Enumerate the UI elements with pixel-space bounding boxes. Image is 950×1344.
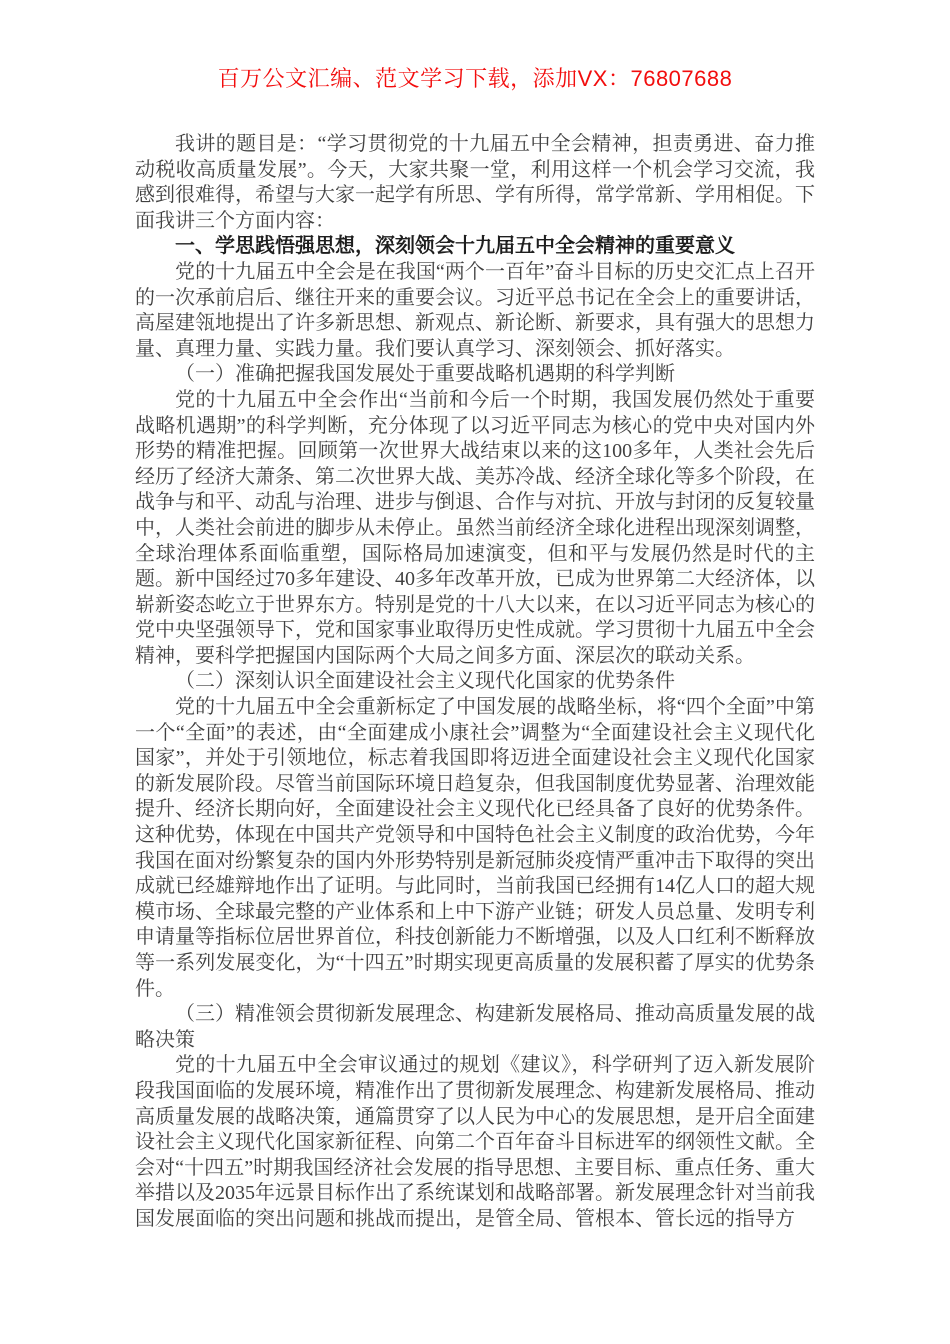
sub-heading-2: （二）深刻认识全面建设社会主义现代化国家的优势条件: [135, 669, 815, 695]
document-body: 我讲的题目是：“学习贯彻党的十九届五中全会精神，担责勇进、奋力推动税收高质量发展…: [135, 132, 815, 1233]
paragraph-sub2-body: 党的十九届五中全会重新标定了中国发展的战略坐标，将“四个全面”中第一个“全面”的…: [135, 695, 815, 1002]
paragraph-sub3-body: 党的十九届五中全会审议通过的规划《建议》，科学研判了迈入新发展阶段我国面临的发展…: [135, 1053, 815, 1232]
sub-heading-1: （一）准确把握我国发展处于重要战略机遇期的科学判断: [135, 362, 815, 388]
promo-header-text: 百万公文汇编、范文学习下载，添加VX：76807688: [0, 0, 950, 93]
paragraph-section1-overview: 党的十九届五中全会是在我国“两个一百年”奋斗目标的历史交汇点上召开的一次承前启后…: [135, 260, 815, 362]
sub-heading-3: （三）精准领会贯彻新发展理念、构建新发展格局、推动高质量发展的战略决策: [135, 1002, 815, 1053]
document-page: 百万公文汇编、范文学习下载，添加VX：76807688 我讲的题目是：“学习贯彻…: [0, 0, 950, 1344]
paragraph-sub1-body: 党的十九届五中全会作出“当前和今后一个时期，我国发展仍然处于重要战略机遇期”的科…: [135, 388, 815, 670]
section-heading-1: 一、学思践悟强思想，深刻领会十九届五中全会精神的重要意义: [135, 234, 815, 260]
paragraph-intro: 我讲的题目是：“学习贯彻党的十九届五中全会精神，担责勇进、奋力推动税收高质量发展…: [135, 132, 815, 234]
